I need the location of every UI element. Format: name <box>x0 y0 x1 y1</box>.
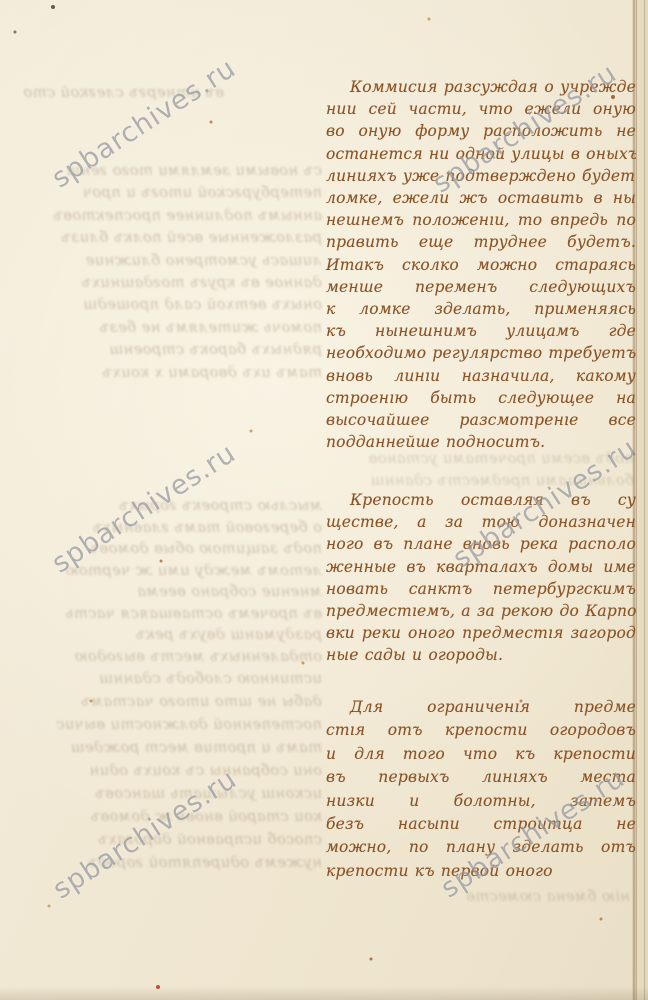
bleedthrough-text: съ новыми землями того геншпетербургской… <box>0 160 322 384</box>
manuscript-line: подданнейше подноситъ. <box>326 431 636 453</box>
manuscript-line: данное въ кругъ тогдашнихъ <box>0 272 322 294</box>
manuscript-line: менше переменъ следующихъ <box>326 276 636 298</box>
manuscript-line: помочь жителямъ не безъ <box>0 317 322 339</box>
manuscript-line: предместıемъ, а за рекою до Карпо <box>326 600 636 622</box>
manuscript-line: и для того что къ крепости <box>326 743 636 766</box>
manuscript-line: Для ограниченıя предме <box>326 696 636 719</box>
manuscript-line: о береговой тамъ главныхъ <box>0 518 322 540</box>
manuscript-page: въ итнергъ слегкой стороне съ новыми зем… <box>0 0 648 1000</box>
manuscript-line: вки реки оного предместıя загород <box>326 622 636 644</box>
manuscript-line: разложенные всей полкъ близъ <box>0 227 322 249</box>
manuscript-line: высочайшее разсмотренıе все <box>326 409 636 431</box>
manuscript-line: Итакъ сколко можно стараясь <box>326 254 636 276</box>
manuscript-line: к ломке зделать, применяясь <box>326 298 636 320</box>
manuscript-line: тамъ и против мест рождеш <box>0 737 322 760</box>
manuscript-line: строенıю быть следующее на <box>326 387 636 409</box>
manuscript-line: править еще труднее будетъ. <box>326 231 636 253</box>
manuscript-line: постепенной должности вычис <box>0 714 322 737</box>
manuscript-line: рядныхъ барокъ строенш <box>0 339 322 361</box>
paper-specks <box>0 0 2 2</box>
manuscript-line: аннымъ подлиннее проспектовъ <box>0 205 322 227</box>
manuscript-paragraph-2: Крепость оставляя въ существе, а за тою … <box>326 489 636 667</box>
manuscript-paragraph-1: Коммисия разсуждая о учреждении сей част… <box>326 76 636 453</box>
manuscript-line: нешнемъ положенıи, то впредь по <box>326 209 636 231</box>
page-edge-line <box>644 0 645 1000</box>
manuscript-line: они собранны съ коихъ один <box>0 760 322 783</box>
manuscript-line: необходимо регулярство требуетъ, <box>326 342 636 364</box>
manuscript-line: вновь линıи назначила, какому <box>326 365 636 387</box>
manuscript-line: ломке, ежели жъ оставить в ны <box>326 187 636 209</box>
manuscript-line: ные сады и огороды. <box>326 644 636 666</box>
manuscript-line: нужемъ одирепятой городъ <box>0 852 322 875</box>
manuscript-line: истинною слободъ сданнш <box>0 668 322 691</box>
manuscript-line: оныхъ ветхой салд прошедш <box>0 294 322 316</box>
manuscript-line: дабы не што итого частамъ <box>0 691 322 714</box>
bleedthrough-text: мыслью строекъ горыхъо береговой тамъ гл… <box>0 496 322 668</box>
manuscript-line: исконш услышать шансовъ <box>0 783 322 806</box>
manuscript-line: отдаленныхъ местъ выгодою <box>0 647 322 669</box>
bleedthrough-text: истинною слободъ сданншдабы не што итого… <box>0 668 322 875</box>
manuscript-line: лишась усмотрено ближние <box>0 250 322 272</box>
manuscript-line: новать санктъ петербургскимъ <box>326 578 636 600</box>
manuscript-line: мнение собрано веема <box>0 582 322 604</box>
manuscript-line: раздуманш двухъ рекъ <box>0 625 322 647</box>
page-edge-strip <box>636 0 648 1000</box>
manuscript-line: тамъ ихъ дворами х коихъ <box>0 362 322 384</box>
manuscript-line: въ прочемъ оставшаяся часть <box>0 604 322 626</box>
page-bottom-shadow <box>0 986 648 1000</box>
manuscript-line: безъ насыпи строитца не <box>326 813 636 836</box>
manuscript-line: къ нынешнимъ улицамъ где <box>326 320 636 342</box>
manuscript-line: стıя отъ крепости огородовъ <box>326 719 636 742</box>
